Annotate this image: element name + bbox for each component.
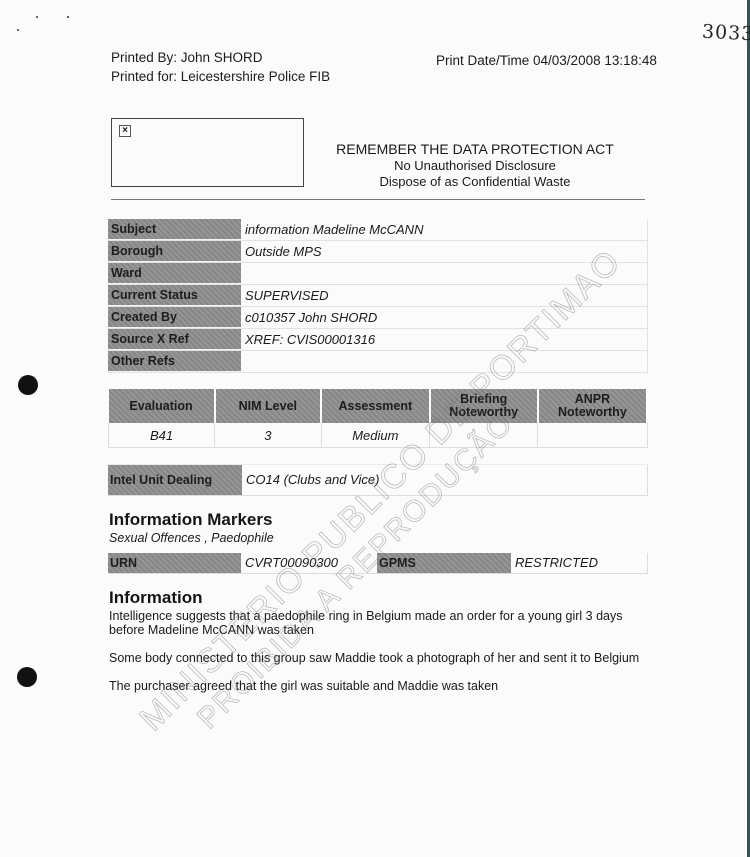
table-cell: Medium [321, 423, 429, 448]
intel-unit-value: CO14 (Clubs and Vice) [242, 465, 648, 495]
urn-gpms-row: URN CVRT00090300 GPMS RESTRICTED [108, 553, 648, 574]
table-cell [538, 423, 647, 448]
data-protection-notice: REMEMBER THE DATA PROTECTION ACT No Unau… [330, 141, 620, 189]
information-markers-list: Sexual Offences , Paedophile [109, 531, 274, 545]
property-label: Borough [108, 241, 241, 262]
information-heading: Information [109, 588, 203, 608]
property-label: Other Refs [108, 351, 241, 372]
property-row: Other Refs [108, 351, 648, 373]
table-cell [430, 423, 538, 448]
properties-table: Subjectinformation Madeline McCANNBoroug… [108, 219, 648, 373]
urn-label: URN [108, 553, 241, 573]
column-header-text: Noteworthy [431, 406, 537, 419]
scan-speck [17, 29, 19, 31]
column-header: ANPRNoteworthy [538, 389, 647, 423]
information-markers-heading: Information Markers [109, 510, 272, 530]
gpms-label: GPMS [377, 553, 511, 573]
property-label: Subject [108, 219, 241, 240]
property-row: BoroughOutside MPS [108, 241, 648, 263]
property-label: Created By [108, 307, 241, 328]
information-paragraph: The purchaser agreed that the girl was s… [109, 679, 654, 693]
printed-for: Printed for: Leicestershire Police FIB [111, 69, 330, 84]
property-row: Ward [108, 263, 648, 285]
punch-hole [18, 375, 38, 395]
column-header: Assessment [321, 389, 429, 423]
broken-image-icon: × [119, 125, 131, 137]
information-paragraph: Some body connected to this group saw Ma… [109, 651, 654, 665]
logo-box: × [111, 118, 304, 187]
table-row: B413Medium [109, 423, 648, 448]
scan-speck [36, 16, 38, 18]
information-paragraph: Intelligence suggests that a paedophile … [109, 609, 654, 637]
property-label: Current Status [108, 285, 241, 306]
column-header-text: Assessment [322, 400, 428, 413]
notice-line: No Unauthorised Disclosure [330, 158, 620, 173]
property-row: Created Byc010357 John SHORD [108, 307, 648, 329]
evaluation-table: EvaluationNIM LevelAssessmentBriefingNot… [108, 389, 648, 448]
property-value: XREF: CVIS00001316 [241, 329, 648, 350]
printed-by: Printed By: John SHORD [111, 50, 263, 65]
scan-speck [67, 16, 69, 18]
property-value: SUPERVISED [241, 285, 648, 306]
property-value: c010357 John SHORD [241, 307, 648, 328]
column-header: NIM Level [215, 389, 322, 423]
information-body: Intelligence suggests that a paedophile … [109, 609, 654, 707]
property-label: Source X Ref [108, 329, 241, 350]
notice-line: REMEMBER THE DATA PROTECTION ACT [330, 141, 620, 157]
column-header-text: Noteworthy [539, 406, 646, 419]
property-row: Source X RefXREF: CVIS00001316 [108, 329, 648, 351]
intel-unit-row: Intel Unit Dealing CO14 (Clubs and Vice) [108, 464, 648, 496]
urn-value: CVRT00090300 [241, 553, 377, 573]
table-cell: B41 [109, 423, 215, 448]
column-header-text: Evaluation [109, 400, 214, 413]
punch-hole [17, 667, 37, 687]
column-header: Evaluation [109, 389, 215, 423]
gpms-value: RESTRICTED [511, 553, 648, 573]
property-value: Outside MPS [241, 241, 648, 262]
handwritten-page-number: 3033 [701, 21, 750, 46]
property-label: Ward [108, 263, 241, 284]
table-cell: 3 [215, 423, 322, 448]
print-datetime: Print Date/Time 04/03/2008 13:18:48 [436, 53, 657, 68]
column-header: BriefingNoteworthy [430, 389, 538, 423]
divider [111, 199, 645, 200]
property-value [241, 263, 648, 284]
notice-line: Dispose of as Confidential Waste [330, 174, 620, 189]
property-row: Current StatusSUPERVISED [108, 285, 648, 307]
column-header-text: NIM Level [216, 400, 321, 413]
property-value [241, 351, 648, 372]
property-row: Subjectinformation Madeline McCANN [108, 219, 648, 241]
property-value: information Madeline McCANN [241, 219, 648, 240]
intel-unit-label: Intel Unit Dealing [108, 465, 242, 495]
